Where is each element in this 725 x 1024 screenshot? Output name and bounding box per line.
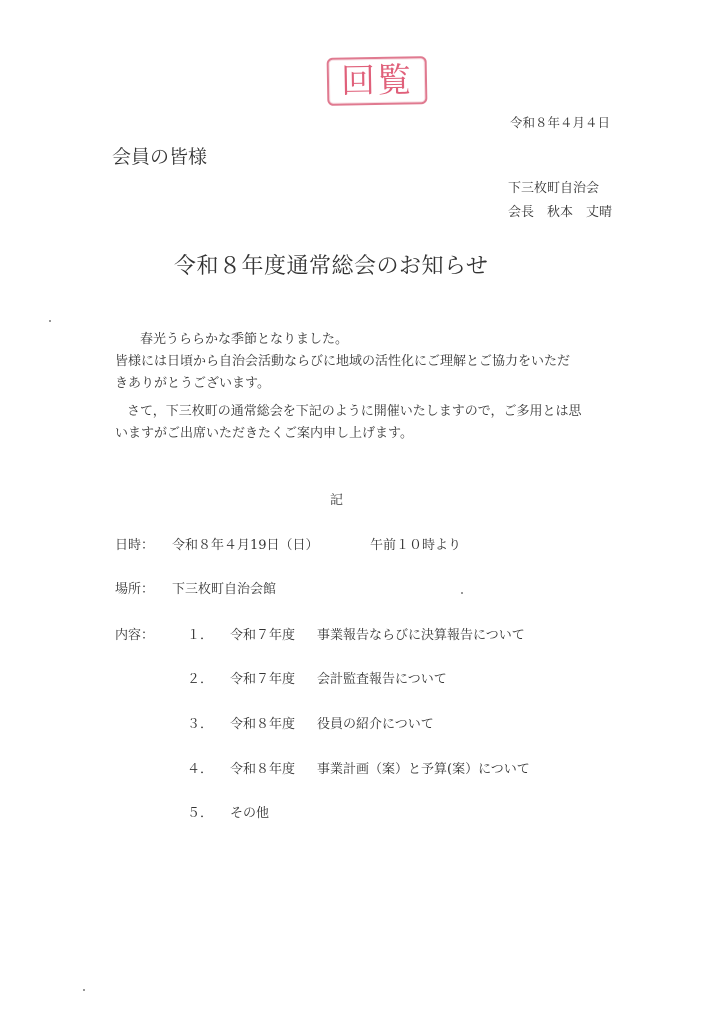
agenda-item-text: その他 <box>230 802 269 821</box>
agenda-item-number: １． <box>187 624 213 643</box>
sender-name: 会長 秋本 丈晴 <box>508 201 612 220</box>
body-line: 皆様には日頃から自治会活動ならびに地域の活性化にご理解とご協力をいただ <box>115 351 570 373</box>
agenda-item-text: 会計監査報告について <box>317 668 447 687</box>
kairan-stamp: 回覧 <box>327 56 428 106</box>
addressee: 会員の皆様 <box>112 142 207 169</box>
datetime-label: 日時： <box>115 534 154 553</box>
agenda-item-year: 令和７年度 <box>230 668 295 687</box>
agenda-item-number: ２． <box>187 668 213 687</box>
datetime-time: 午前１０時より <box>370 534 461 553</box>
agenda-item-year: 令和８年度 <box>230 758 295 777</box>
agenda-item-number: ４． <box>187 758 213 777</box>
content-label: 内容： <box>115 624 154 643</box>
scan-speck <box>83 989 85 991</box>
agenda-item-text: 役員の紹介について <box>317 713 434 732</box>
datetime-date: 令和８年４月19日（日） <box>172 534 319 553</box>
sender-organization: 下三枚町自治会 <box>508 177 599 196</box>
agenda-item-year: 令和７年度 <box>230 624 295 643</box>
agenda-item-number: ３． <box>187 713 213 732</box>
body-line: いますがご出席いただきたくご案内申し上げます。 <box>115 423 413 445</box>
place-label: 場所： <box>115 578 154 597</box>
ki-heading: 記 <box>330 489 343 508</box>
document-date: 令和８年４月４日 <box>510 113 610 131</box>
agenda-item-number: ５． <box>187 802 213 821</box>
place-value: 下三枚町自治会館 <box>172 578 276 597</box>
scan-speck <box>461 592 463 594</box>
agenda-item-text: 事業報告ならびに決算報告について <box>317 624 525 643</box>
body-line: きありがとうございます。 <box>115 373 270 395</box>
agenda-item-year: 令和８年度 <box>230 713 295 732</box>
agenda-item-text: 事業計画（案）と予算(案）について <box>317 758 530 777</box>
scan-speck <box>49 320 51 322</box>
body-line: さて，下三枚町の通常総会を下記のように開催いたしますので，ご多用とは思 <box>127 401 581 423</box>
body-line: 春光うららかな季節となりました。 <box>140 329 348 351</box>
document-title: 令和８年度通常総会のお知らせ <box>174 249 488 280</box>
